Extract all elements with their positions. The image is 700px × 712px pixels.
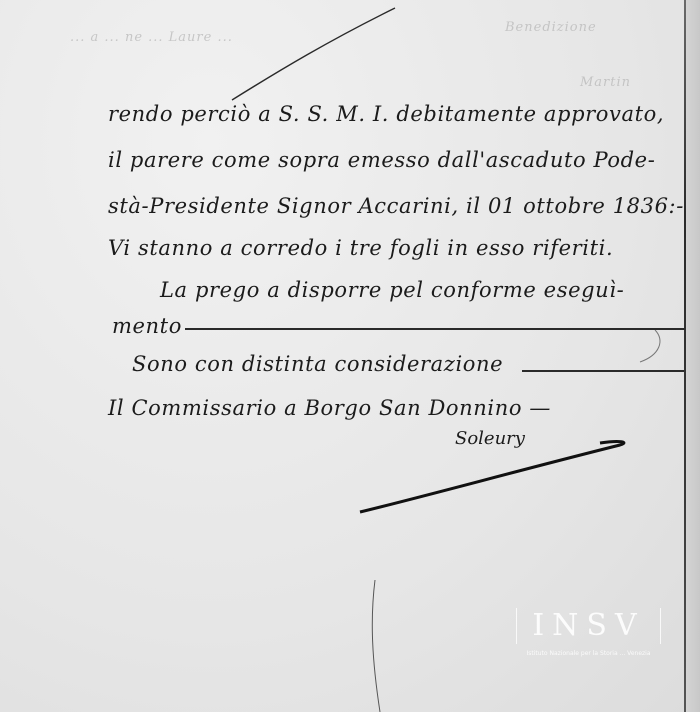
text-line-7: Sono con distinta considerazione [132, 352, 503, 376]
watermark-logo: INSV [516, 608, 661, 644]
text-line-1: rendo perciò a S. S. M. I. debitamente a… [108, 102, 664, 126]
text-line-6: mento [112, 314, 182, 338]
text-line-2: il parere come sopra emesso dall'ascadut… [108, 148, 655, 172]
signature: Soleury [455, 428, 525, 449]
watermark: INSV Istituto Nazionale per la Storia ..… [516, 608, 661, 657]
closing-rule [185, 328, 685, 330]
closing-rule [522, 370, 684, 372]
text-line-8: Il Commissario a Borgo San Donnino — [108, 396, 551, 420]
watermark-subtitle: Istituto Nazionale per la Storia ... Ven… [516, 650, 661, 657]
text-line-3: stà-Presidente Signor Accarini, il 01 ot… [108, 194, 684, 218]
text-line-4: Vi stanno a corredo i tre fogli in esso … [108, 236, 613, 260]
text-line-5: La prego a disporre pel conforme eseguì- [160, 278, 624, 302]
